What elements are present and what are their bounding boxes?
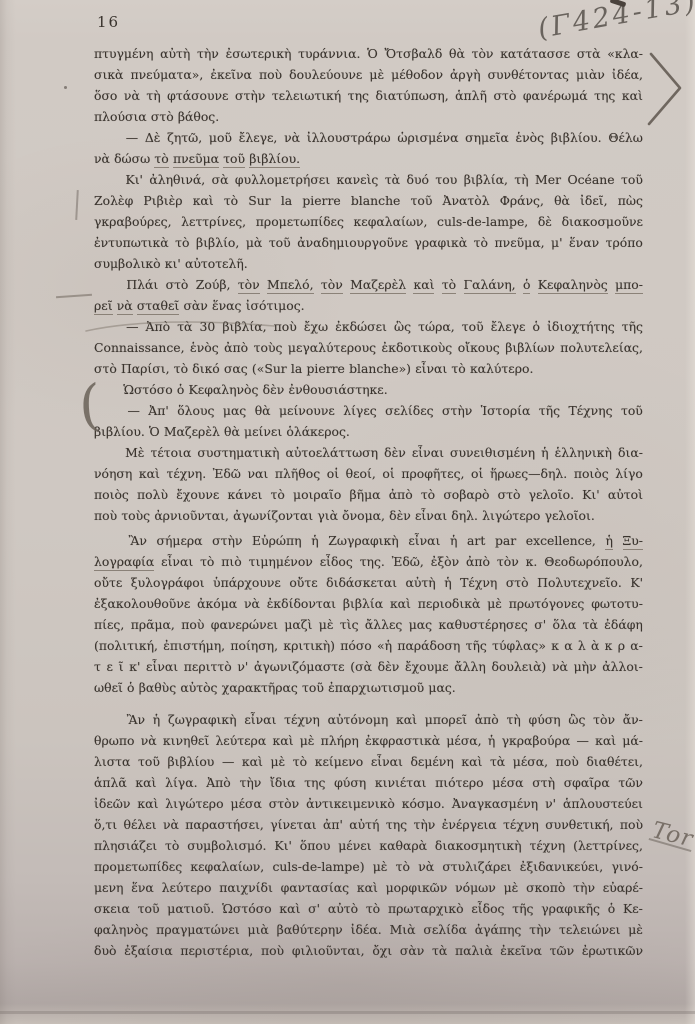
text-line: συμβολικὸκι'αὐτοτελῆ. <box>94 256 643 277</box>
text-line: ἰδεῶνκαὶλιγώτερομέσαστὸνἀντικειμενικὸκόσ… <box>94 796 643 817</box>
text-line: Connaissance,ἑνὸςἀπὸτοὺςμεγαλύτερουςἐκδο… <box>94 340 643 361</box>
text-line: λιστατοῦβιβλίου—καὶμὲτὸκείμενοεἶναιδεμέν… <box>94 754 643 775</box>
text-line: νὰδώσωτὸπνεῦματοῦβιβλίου. <box>94 151 643 172</box>
text-line: σικὰπνεύματα»,ἐκεῖναποὺδουλεύουνεμὲμέθοδ… <box>94 67 643 88</box>
text-line: φαληνὸςπραγματώνειμιὰβαθύτερηνἰδέα.Μιὰσε… <box>94 922 643 943</box>
text-line: (πολιτική,ἐπιστήμη,ποίηση,κριτικὴ)πόσο«ἡ… <box>94 638 643 659</box>
text-line: πτυγμένηαὐτὴτὴνἐσωτερικὴτυράννια.ὉὌτσβαλ… <box>94 46 643 67</box>
text-line: Μὲτέτοιασυστηματικὴαὐτοελάττωσηδὲνεἶναισ… <box>94 445 643 466</box>
text-line: στὸΠαρίσι,τὸδικόσας(«Surlapierreblanche»… <box>94 361 643 382</box>
scan-bottom-shadow <box>0 1011 695 1014</box>
text-line: —Ἀπὸτὰ30βιβλία,ποὺἔχωἐκδώσειὣςτώρα,τοῦἔλ… <box>94 319 643 340</box>
text-line: νόησηκαὶτέχνη.Ἐδῶναιπλῆθοςοἱθεοί,οἱπροφῆ… <box>94 466 643 487</box>
handwritten-corner-note: (Γ424-13) <box>536 0 695 45</box>
paragraph: Ἂνἡζωγραφικὴεἶναιτέχνηαὐτόνομηκαὶμπορεῖἀ… <box>94 712 643 964</box>
text-line: πλησιάζειτὸσυμβολισμό.Κι'ὅπουμένεικαθαρὰ… <box>94 838 643 859</box>
text-line: ἐξακολουθοῦνεἀκόμανὰἐκδίδονταιβιβλίακαὶπ… <box>94 596 643 617</box>
paragraph: Μὲτέτοιασυστηματικὴαὐτοελάττωσηδὲνεἶναισ… <box>94 445 643 529</box>
text-line: πλούσιαστὸβάθος. <box>94 109 643 130</box>
paragraph: ὩστόσοὁΚεφαληνὸςδὲνἐνθουσιάστηκε. <box>94 382 643 403</box>
paragraph: Κι'ἀληθινά,σὰφυλλομετρήσεικανεὶςτὰδυότου… <box>94 172 643 277</box>
text-line: —Δὲζητῶ,μοῦἔλεγε,νὰἰλλουστράρωὡρισμέναση… <box>94 130 643 151</box>
text-line: ἁπλᾶκαὶλίγα.Ἀπὸτὴνἴδιατηςφύσηκινιέταιπιό… <box>94 775 643 796</box>
pencil-scribble-stroke <box>649 838 692 852</box>
paragraph: —Δὲζητῶ,μοῦἔλεγε,νὰἰλλουστράρωὡρισμέναση… <box>94 130 643 172</box>
text-line: ὩστόσοὁΚεφαληνὸςδὲνἐνθουσιάστηκε. <box>94 382 643 403</box>
text-line: ὅ,τιθέλεινὰπαραστήσει,γίνεταιἀπ'αὐτήτηςτ… <box>94 817 643 838</box>
text-line: ἐντυπωτικὰτὸβιβλίο,μὰτοῦἀναδημιουργοῦνεγ… <box>94 235 643 256</box>
pencil-chevron-mark <box>646 52 686 126</box>
scanned-page: 16 (Γ424-13) πτυγμένηαὐτὴτὴνἐσωτερικὴτυρ… <box>0 0 695 1024</box>
text-line: οὔτεξυλογράφοιὑπάρχουνεοὔτεδιδάσκεταιαὐτ… <box>94 575 643 596</box>
text-line: πίες,πρᾶμα,ποὺφανερώνειμαζὶμὲτὶςἄλλεςμας… <box>94 617 643 638</box>
text-line: —Ἀπ'ὅλουςμαςθὰμείνουνελίγεςσελίδεςστὴνἹσ… <box>94 403 643 424</box>
text-line: ποὺτοὺςἀρνιοῦνται,ἀγωνίζονταιγιὰὄνομα,δὲ… <box>94 508 643 529</box>
text-line: γκραβούρες,λεττρίνες,προμετωπίδεςκεφαλαί… <box>94 214 643 235</box>
text-line: ποιὸςπολὺἔχουνεκάνειτὸμοιραῖοβῆμαἀπὸτὸσο… <box>94 487 643 508</box>
pencil-tick-mark <box>75 190 79 220</box>
text-line: προμετωπίδεςκεφαλαίων,culs-de-lampe)μὲτὸ… <box>94 859 643 880</box>
paragraph: πτυγμένηαὐτὴτὴνἐσωτερικὴτυράννια.ὉὌτσβαλ… <box>94 46 643 130</box>
text-line: ΖολὲφΡιβιὲρκαὶτὸSurlapierreblancheτοῦἈνα… <box>94 193 643 214</box>
text-block: πτυγμένηαὐτὴτὴνἐσωτερικὴτυράννια.ὉὌτσβαλ… <box>94 46 643 964</box>
paragraph: ΠλάιστὸΖούβ,τὸνΜπελό,τὸνΜαζερὲλκαὶτὸΓαλά… <box>94 277 643 319</box>
handwritten-margin-scribble: Tor <box>649 817 695 852</box>
ink-speck <box>64 86 67 89</box>
page-number: 16 <box>97 13 120 31</box>
text-line: θρωπονὰκινηθεῖλεύτερακαὶμὲπλήρηἐκφραστικ… <box>94 733 643 754</box>
pencil-margin-stroke <box>56 294 92 299</box>
text-line: ΠλάιστὸΖούβ,τὸνΜπελό,τὸνΜαζερὲλκαὶτὸΓαλά… <box>94 277 643 298</box>
paragraph: —Ἀπ'ὅλουςμαςθὰμείνουνελίγεςσελίδεςστὴνἹσ… <box>94 403 643 445</box>
text-line: ρεῖνὰσταθεῖσὰνἕναςἰσότιμος. <box>94 298 643 319</box>
text-line: ἊνσήμεραστὴνΕὐρώπηἡΖωγραφικὴεἶναιἡartpar… <box>94 533 643 554</box>
text-line: ωθεῖὁβαθὺςαὐτὸςχαρακτῆραςτοῦἐπαρχιωτισμο… <box>94 680 643 701</box>
text-line: λογραφίαεἶναιτὸπιὸτιμημένονεἶδοςτης.Ἐδῶ,… <box>94 554 643 575</box>
paragraph: —Ἀπὸτὰ30βιβλία,ποὺἔχωἐκδώσειὣςτώρα,τοῦἔλ… <box>94 319 643 382</box>
text-line: Ἂνἡζωγραφικὴεἶναιτέχνηαὐτόνομηκαὶμπορεῖἀ… <box>94 712 643 733</box>
paragraph: ἊνσήμεραστὴνΕὐρώπηἡΖωγραφικὴεἶναιἡartpar… <box>94 533 643 701</box>
text-line: Κι'ἀληθινά,σὰφυλλομετρήσεικανεὶςτὰδυότου… <box>94 172 643 193</box>
text-line: δυὸἐξαίσιαπεριστέρια,ποὺφιλιοῦνται,ὄχισὰ… <box>94 943 643 964</box>
text-line: ὅσονὰτὴφτάσουνεστὴντελειωτικήτηςδιατύπωσ… <box>94 88 643 109</box>
text-line: σκειατοῦματιοῦ.Ὡστόσοκαὶσ'αὐτὸτὸπρωταρχι… <box>94 901 643 922</box>
text-line: μενηἕναλεύτεροπαιχνίδιφαντασίαςκαὶμορφικ… <box>94 880 643 901</box>
text-line: τεῖκ'εἶναιπεριττὸν'ἀγωνιζόμαστε(σὰδὲνἔχο… <box>94 659 643 680</box>
text-line: βιβλίου.ὉΜαζερὲλθὰμείνειὁλάκερος. <box>94 424 643 445</box>
